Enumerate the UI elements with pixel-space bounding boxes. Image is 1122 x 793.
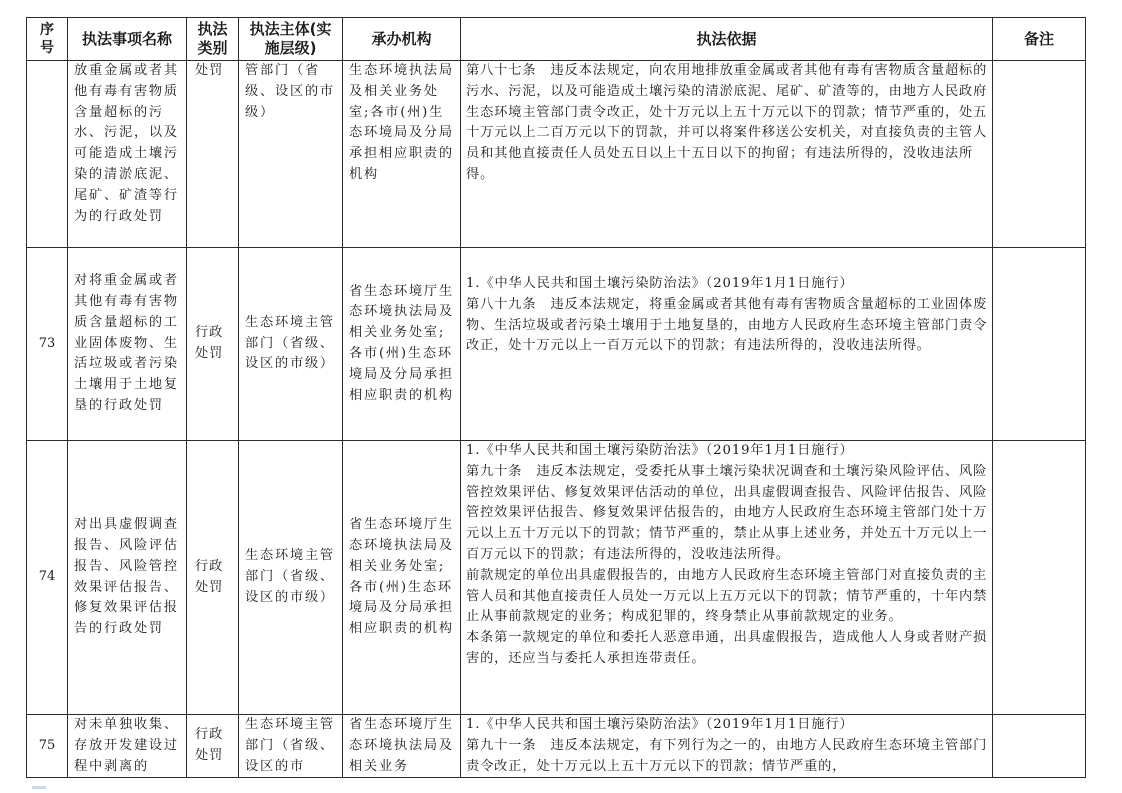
table-row: 74 对出具虚假调查报告、风险评估报告、风险管控效果评估报告、修复效果评估报告的… <box>27 441 1086 715</box>
category-cell: 行政处罚 <box>187 715 239 778</box>
table-row: 放重金属或者其他有毒有害物质含量超标的污水、污泥，以及可能造成土壤污染的清淤底泥… <box>27 61 1086 248</box>
subject-cell: 管部门（省级、设区的市级） <box>239 61 343 248</box>
item-name: 对未单独收集、存放开发建设过程中剥离的 <box>68 715 186 777</box>
item-name-cell: 放重金属或者其他有毒有害物质含量超标的污水、污泥，以及可能造成土壤污染的清淤底泥… <box>68 61 187 248</box>
item-name-cell: 对未单独收集、存放开发建设过程中剥离的 <box>68 715 187 778</box>
row-no-cell <box>27 61 68 248</box>
basis-law-title: 1.《中华人民共和国土壤污染防治法》（2019年1月1日施行） <box>466 441 988 462</box>
basis-text: 第八十七条 违反本法规定，向农用地排放重金属或者其他有毒有害物质含量超标的污水、… <box>461 61 992 186</box>
category-cell: 行政处罚 <box>187 248 239 441</box>
row-no-cell: 73 <box>27 248 68 441</box>
row-no: 73 <box>27 334 67 355</box>
agency-cell: 省生态环境厅生态环境执法局及相关业务 <box>343 715 461 778</box>
header-agency: 承办机构 <box>343 18 461 61</box>
category: 行政处罚 <box>187 725 238 767</box>
basis-paragraph: 第九十一条 违反本法规定，有下列行为之一的，由地方人民政府生态环境主管部门责令改… <box>466 736 988 778</box>
remarks-cell <box>993 248 1086 441</box>
header-subject: 执法主体(实施层级) <box>239 18 343 61</box>
subject: 生态环境主管部门（省级、设区的市 <box>239 715 342 777</box>
basis-text: 1.《中华人民共和国土壤污染防治法》（2019年1月1日施行） 第九十条 违反本… <box>461 441 992 670</box>
header-category: 执法类别 <box>187 18 239 61</box>
remarks-cell <box>993 61 1086 248</box>
category-cell: 行政处罚 <box>187 441 239 715</box>
item-name: 对将重金属或者其他有毒有害物质含量超标的工业固体废物、生活垃圾或者污染土壤用于土… <box>68 271 186 417</box>
header-remarks: 备注 <box>993 18 1086 61</box>
item-name: 放重金属或者其他有毒有害物质含量超标的污水、污泥，以及可能造成土壤污染的清淤底泥… <box>68 61 186 227</box>
subject: 生态环境主管部门（省级、设区的市级） <box>239 313 342 375</box>
scan-artifact <box>32 786 46 789</box>
agency-cell: 省生态环境厅生态环境执法局及相关业务处室;各市(州)生态环境局及分局承担相应职责… <box>343 441 461 715</box>
basis-paragraph: 第九十条 违反本法规定，受委托从事土壤污染状况调查和土壤污染风险评估、风险管控效… <box>466 462 988 566</box>
scanned-document-page: 序号 执法事项名称 执法类别 执法主体(实施层级) 承办机构 执法依据 备注 放… <box>0 0 1122 793</box>
agency: 省生态环境厅生态环境执法局及相关业务 <box>343 715 460 777</box>
subject-cell: 生态环境主管部门（省级、设区的市级） <box>239 248 343 441</box>
category: 处罚 <box>187 61 238 82</box>
basis-text: 1.《中华人民共和国土壤污染防治法》（2019年1月1日施行） 第九十一条 违反… <box>461 715 992 777</box>
row-no-cell: 75 <box>27 715 68 778</box>
agency: 省生态环境厅生态环境执法局及相关业务处室;各市(州)生态环境局及分局承担相应职责… <box>343 282 460 407</box>
basis-law-title: 1.《中华人民共和国土壤污染防治法》（2019年1月1日施行） <box>466 715 988 736</box>
row-no: 75 <box>27 736 67 757</box>
header-item-name: 执法事项名称 <box>68 18 187 61</box>
item-name: 对出具虚假调查报告、风险评估报告、风险管控效果评估报告、修复效果评估报告的行政处… <box>68 515 186 640</box>
item-name-cell: 对出具虚假调查报告、风险评估报告、风险管控效果评估报告、修复效果评估报告的行政处… <box>68 441 187 715</box>
row-no-cell: 74 <box>27 441 68 715</box>
basis-cell: 1.《中华人民共和国土壤污染防治法》（2019年1月1日施行） 第八十九条 违反… <box>461 248 993 441</box>
basis-paragraph: 第八十七条 违反本法规定，向农用地排放重金属或者其他有毒有害物质含量超标的污水、… <box>466 61 988 186</box>
item-name-cell: 对将重金属或者其他有毒有害物质含量超标的工业固体废物、生活垃圾或者污染土壤用于土… <box>68 248 187 441</box>
table-header-row: 序号 执法事项名称 执法类别 执法主体(实施层级) 承办机构 执法依据 备注 <box>27 18 1086 61</box>
table-row: 75 对未单独收集、存放开发建设过程中剥离的 行政处罚 生态环境主管部门（省级、… <box>27 715 1086 778</box>
basis-cell: 第八十七条 违反本法规定，向农用地排放重金属或者其他有毒有害物质含量超标的污水、… <box>461 61 993 248</box>
basis-paragraph: 本条第一款规定的单位和委托人恶意串通，出具虚假报告，造成他人人身或者财产损害的，… <box>466 628 988 670</box>
subject: 管部门（省级、设区的市级） <box>239 61 342 123</box>
remarks-cell <box>993 441 1086 715</box>
agency: 生态环境执法局及相关业务处室;各市(州)生态环境局及分局承担相应职责的机构 <box>343 61 460 186</box>
agency-cell: 生态环境执法局及相关业务处室;各市(州)生态环境局及分局承担相应职责的机构 <box>343 61 461 248</box>
category: 行政处罚 <box>187 323 238 365</box>
table-row: 73 对将重金属或者其他有毒有害物质含量超标的工业固体废物、生活垃圾或者污染土壤… <box>27 248 1086 441</box>
basis-cell: 1.《中华人民共和国土壤污染防治法》（2019年1月1日施行） 第九十一条 违反… <box>461 715 993 778</box>
header-no: 序号 <box>27 18 68 61</box>
remarks-cell <box>993 715 1086 778</box>
subject-cell: 生态环境主管部门（省级、设区的市级） <box>239 441 343 715</box>
basis-cell: 1.《中华人民共和国土壤污染防治法》（2019年1月1日施行） 第九十条 违反本… <box>461 441 993 715</box>
agency-cell: 省生态环境厅生态环境执法局及相关业务处室;各市(州)生态环境局及分局承担相应职责… <box>343 248 461 441</box>
subject-cell: 生态环境主管部门（省级、设区的市 <box>239 715 343 778</box>
basis-paragraph: 第八十九条 违反本法规定，将重金属或者其他有毒有害物质含量超标的工业固体废物、生… <box>466 295 988 357</box>
basis-paragraph: 前款规定的单位出具虚假报告的，由地方人民政府生态环境主管部门对直接负责的主管人员… <box>466 566 988 628</box>
basis-law-title: 1.《中华人民共和国土壤污染防治法》（2019年1月1日施行） <box>466 274 988 295</box>
category: 行政处罚 <box>187 557 238 599</box>
subject: 生态环境主管部门（省级、设区的市级） <box>239 546 342 608</box>
row-no: 74 <box>27 567 67 588</box>
header-basis: 执法依据 <box>461 18 993 61</box>
agency: 省生态环境厅生态环境执法局及相关业务处室;各市(州)生态环境局及分局承担相应职责… <box>343 515 460 640</box>
category-cell: 处罚 <box>187 61 239 248</box>
enforcement-items-table: 序号 执法事项名称 执法类别 执法主体(实施层级) 承办机构 执法依据 备注 放… <box>26 17 1086 778</box>
basis-text: 1.《中华人民共和国土壤污染防治法》（2019年1月1日施行） 第八十九条 违反… <box>461 274 992 357</box>
